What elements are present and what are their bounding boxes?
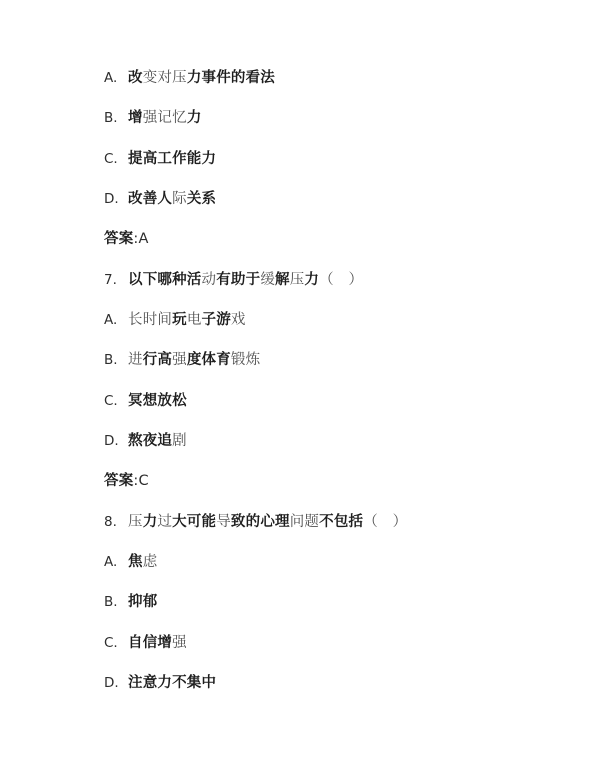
answer-line: 答案:A xyxy=(104,231,149,248)
option-line: C.冥想放松 xyxy=(104,393,187,410)
option-letter: D. xyxy=(104,191,128,208)
question-line: 7.以下哪种活动有助于缓解压力（ ） xyxy=(104,272,363,289)
option-line: B.增强记忆力 xyxy=(104,110,202,127)
option-letter: A. xyxy=(104,554,128,571)
option-text: 进行高强度体育锻炼 xyxy=(128,352,260,368)
option-letter: C. xyxy=(104,151,128,168)
question-number: 7. xyxy=(104,272,128,289)
option-text: 熬夜追剧 xyxy=(128,433,187,449)
answer-text: 答案:C xyxy=(104,473,149,489)
option-line: A.焦虑 xyxy=(104,554,157,571)
option-letter: B. xyxy=(104,110,128,127)
option-text: 提高工作能力 xyxy=(128,151,216,167)
question-number: 8. xyxy=(104,514,128,531)
option-line: C.自信增强 xyxy=(104,635,187,652)
document-page: A.改变对压力事件的看法B.增强记忆力C.提高工作能力D.改善人际关系答案:A7… xyxy=(0,0,600,776)
option-text: 长时间玩电子游戏 xyxy=(128,312,246,328)
option-letter: D. xyxy=(104,433,128,450)
answer-text: 答案:A xyxy=(104,231,149,247)
option-line: D.熬夜追剧 xyxy=(104,433,187,450)
option-line: B.进行高强度体育锻炼 xyxy=(104,352,260,369)
option-text: 增强记忆力 xyxy=(128,110,202,126)
option-line: D.注意力不集中 xyxy=(104,675,216,692)
option-text: 改善人际关系 xyxy=(128,191,216,207)
option-letter: A. xyxy=(104,312,128,329)
option-line: B.抑郁 xyxy=(104,594,157,611)
option-line: D.改善人际关系 xyxy=(104,191,216,208)
option-letter: C. xyxy=(104,393,128,410)
option-text: 注意力不集中 xyxy=(128,675,216,691)
option-text: 抑郁 xyxy=(128,594,157,610)
option-letter: A. xyxy=(104,70,128,87)
option-letter: B. xyxy=(104,352,128,369)
option-letter: D. xyxy=(104,675,128,692)
question-text: 以下哪种活动有助于缓解压力（ ） xyxy=(128,272,363,288)
option-line: A.长时间玩电子游戏 xyxy=(104,312,246,329)
option-letter: C. xyxy=(104,635,128,652)
option-text: 冥想放松 xyxy=(128,393,187,409)
option-text: 焦虑 xyxy=(128,554,157,570)
option-text: 改变对压力事件的看法 xyxy=(128,70,275,86)
question-text: 压力过大可能导致的心理问题不包括（ ） xyxy=(128,514,407,530)
option-letter: B. xyxy=(104,594,128,611)
question-line: 8.压力过大可能导致的心理问题不包括（ ） xyxy=(104,514,407,531)
option-text: 自信增强 xyxy=(128,635,187,651)
option-line: C.提高工作能力 xyxy=(104,151,216,168)
answer-line: 答案:C xyxy=(104,473,149,490)
option-line: A.改变对压力事件的看法 xyxy=(104,70,275,87)
